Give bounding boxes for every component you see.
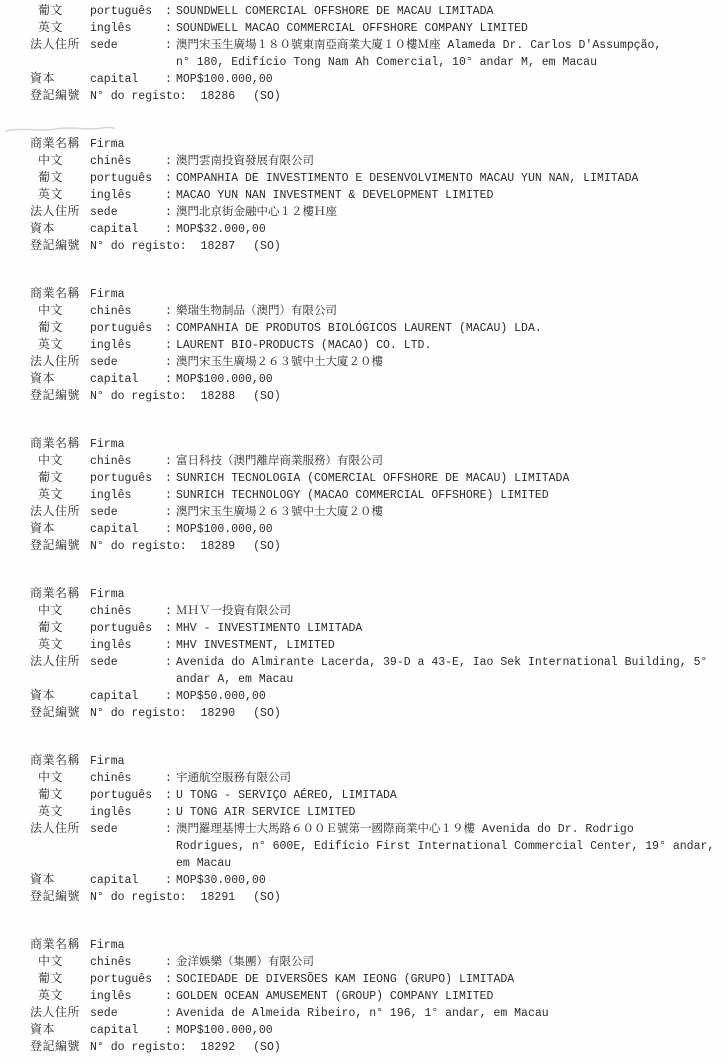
label-zh-capital: 資本	[30, 521, 90, 538]
value-registration-suffix: (SO)	[253, 88, 281, 105]
label-zh-chinese: 中文	[38, 770, 90, 787]
label-pt-registo: N° do registo:	[90, 388, 187, 405]
label-zh-capital: 資本	[30, 872, 90, 889]
label-pt-registo: N° do registo:	[90, 538, 187, 555]
label-pt-english: inglês	[90, 487, 165, 504]
row-chinese-name: 中文 chinês : 宇通航空服務有限公司	[0, 770, 728, 787]
scan-smudge-artifact	[4, 124, 116, 134]
colon-separator: :	[165, 320, 176, 337]
registry-entry: 商業名稱 Firma 中文 chinês : 富日科技（澳門離岸商業服務）有限公…	[0, 436, 728, 555]
label-pt-chinese: chinês	[90, 303, 165, 320]
colon-separator: :	[165, 821, 176, 838]
colon-separator: :	[165, 337, 176, 354]
label-zh-capital: 資本	[30, 221, 90, 238]
value-registration-suffix: (SO)	[253, 1039, 281, 1056]
label-pt-portuguese: português	[90, 470, 165, 487]
registry-entry: 商業名稱 Firma 中文 chinês : 澳門雲南投資發展有限公司 葡文 p…	[0, 136, 728, 255]
colon-separator: :	[165, 153, 176, 170]
row-firma-header: 商業名稱 Firma	[0, 753, 728, 770]
row-portuguese-name: 葡文 português : SUNRICH TECNOLOGIA (COMER…	[0, 470, 728, 487]
label-pt-sede: sede	[90, 1005, 165, 1022]
label-zh-sede: 法人住所	[30, 37, 90, 54]
label-pt-chinese: chinês	[90, 453, 165, 470]
row-capital: 資本 capital : MOP$32.000,00	[0, 221, 728, 238]
value-registration-suffix: (SO)	[253, 538, 281, 555]
label-zh-firma: 商業名稱	[30, 436, 90, 453]
label-pt-portuguese: português	[90, 170, 165, 187]
row-portuguese-name: 葡文 português : COMPANHIA DE PRODUTOS BIO…	[0, 320, 728, 337]
value-registration-number: 18290	[201, 705, 236, 722]
label-pt-english: inglês	[90, 988, 165, 1005]
value-capital: MOP$100.000,00	[176, 71, 728, 88]
label-pt-english: inglês	[90, 187, 165, 204]
value-capital: MOP$50.000,00	[176, 688, 728, 705]
label-zh-portuguese: 葡文	[38, 971, 90, 988]
label-zh-english: 英文	[38, 637, 90, 654]
row-registration-number: 登記編號 N° do registo: 18289 (SO)	[0, 538, 728, 555]
colon-separator: :	[165, 504, 176, 521]
label-pt-chinese: chinês	[90, 603, 165, 620]
label-pt-chinese: chinês	[90, 770, 165, 787]
colon-separator: :	[165, 354, 176, 371]
label-pt-sede: sede	[90, 504, 165, 521]
label-pt-portuguese: português	[90, 971, 165, 988]
label-zh-portuguese: 葡文	[38, 470, 90, 487]
row-chinese-name: 中文 chinês : 澳門雲南投資發展有限公司	[0, 153, 728, 170]
label-zh-registo: 登記編號	[30, 388, 90, 405]
value-chinese-name: 金洋娛樂（集團）有限公司	[176, 954, 728, 971]
row-registration-number: 登記編號 N° do registo: 18287 (SO)	[0, 238, 728, 255]
label-zh-english: 英文	[38, 337, 90, 354]
label-zh-portuguese: 葡文	[38, 170, 90, 187]
label-zh-chinese: 中文	[38, 453, 90, 470]
value-registration-suffix: (SO)	[253, 889, 281, 906]
value-chinese-name: 澳門雲南投資發展有限公司	[176, 153, 728, 170]
label-pt-firma: Firma	[90, 586, 165, 603]
label-pt-firma: Firma	[90, 436, 165, 453]
label-zh-chinese: 中文	[38, 954, 90, 971]
colon-separator: :	[165, 637, 176, 654]
label-zh-sede: 法人住所	[30, 354, 90, 371]
row-registered-office: 法人住所 sede : 澳門羅理基博士大馬路６００Ｅ號第一國際商業中心１９樓 A…	[0, 821, 728, 872]
value-registration-number: 18289	[201, 538, 236, 555]
value-english-name: MHV INVESTMENT, LIMITED	[176, 637, 728, 654]
label-pt-portuguese: português	[90, 787, 165, 804]
label-pt-english: inglês	[90, 637, 165, 654]
label-zh-registo: 登記編號	[30, 88, 90, 105]
value-registration-suffix: (SO)	[253, 388, 281, 405]
row-english-name: 英文 inglês : LAURENT BIO-PRODUCTS (MACAO)…	[0, 337, 728, 354]
row-portuguese-name: 葡文 português : MHV - INVESTIMENTO LIMITA…	[0, 620, 728, 637]
value-registration-suffix: (SO)	[253, 705, 281, 722]
value-portuguese-name: MHV - INVESTIMENTO LIMITADA	[176, 620, 728, 637]
row-capital: 資本 capital : MOP$100.000,00	[0, 371, 728, 388]
row-portuguese-name: 葡文 português : U TONG - SERVIÇO AÉREO, L…	[0, 787, 728, 804]
value-registration-number: 18291	[201, 889, 236, 906]
label-zh-registo: 登記編號	[30, 1039, 90, 1056]
registry-entry: 葡文 português : SOUNDWELL COMERCIAL OFFSH…	[0, 3, 728, 105]
label-zh-english: 英文	[38, 804, 90, 821]
label-pt-chinese: chinês	[90, 954, 165, 971]
label-zh-sede: 法人住所	[30, 654, 90, 671]
value-english-name: MACAO YUN NAN INVESTMENT & DEVELOPMENT L…	[176, 187, 728, 204]
colon-separator: :	[165, 654, 176, 671]
row-registered-office: 法人住所 sede : Avenida do Almirante Lacerda…	[0, 654, 728, 688]
row-registration-number: 登記編號 N° do registo: 18292 (SO)	[0, 1039, 728, 1056]
label-pt-capital: capital	[90, 371, 165, 388]
registry-entry: 商業名稱 Firma 中文 chinês : 金洋娛樂（集團）有限公司 葡文 p…	[0, 937, 728, 1056]
row-firma-header: 商業名稱 Firma	[0, 286, 728, 303]
label-zh-firma: 商業名稱	[30, 937, 90, 954]
label-zh-capital: 資本	[30, 71, 90, 88]
row-english-name: 英文 inglês : MACAO YUN NAN INVESTMENT & D…	[0, 187, 728, 204]
label-zh-sede: 法人住所	[30, 504, 90, 521]
label-zh-registo: 登記編號	[30, 238, 90, 255]
label-zh-sede: 法人住所	[30, 204, 90, 221]
value-portuguese-name: COMPANHIA DE PRODUTOS BIOLÓGICOS LAURENT…	[176, 320, 728, 337]
colon-separator: :	[165, 453, 176, 470]
label-zh-firma: 商業名稱	[30, 286, 90, 303]
label-zh-firma: 商業名稱	[30, 136, 90, 153]
row-registered-office: 法人住所 sede : Avenida de Almeida Ribeiro, …	[0, 1005, 728, 1022]
colon-separator: :	[165, 620, 176, 637]
colon-separator: :	[165, 971, 176, 988]
value-portuguese-name: COMPANHIA DE INVESTIMENTO E DESENVOLVIME…	[176, 170, 728, 187]
label-zh-sede: 法人住所	[30, 821, 90, 838]
value-registered-office: 澳門宋玉生廣場２６３號中土大廈２０樓	[176, 354, 728, 371]
label-pt-registo: N° do registo:	[90, 1039, 187, 1056]
label-pt-registo: N° do registo:	[90, 889, 187, 906]
label-pt-portuguese: português	[90, 3, 165, 20]
label-zh-english: 英文	[38, 988, 90, 1005]
value-registration-number: 18292	[201, 1039, 236, 1056]
value-registered-office: 澳門宋玉生廣場１８０號東南亞商業大廈１０樓Ｍ座 Alameda Dr. Carl…	[176, 37, 728, 71]
row-firma-header: 商業名稱 Firma	[0, 136, 728, 153]
row-capital: 資本 capital : MOP$100.000,00	[0, 521, 728, 538]
row-capital: 資本 capital : MOP$50.000,00	[0, 688, 728, 705]
value-chinese-name: 宇通航空服務有限公司	[176, 770, 728, 787]
row-english-name: 英文 inglês : SOUNDWELL MACAO COMMERCIAL O…	[0, 20, 728, 37]
registry-entry: 商業名稱 Firma 中文 chinês : 樂瑞生物制品（澳門）有限公司 葡文…	[0, 286, 728, 405]
colon-separator: :	[165, 688, 176, 705]
colon-separator: :	[165, 1022, 176, 1039]
value-registration-number: 18288	[201, 388, 236, 405]
colon-separator: :	[165, 170, 176, 187]
colon-separator: :	[165, 20, 176, 37]
row-portuguese-name: 葡文 português : SOCIEDADE DE DIVERSÕES KA…	[0, 971, 728, 988]
colon-separator: :	[165, 37, 176, 54]
row-registration-number: 登記編號 N° do registo: 18291 (SO)	[0, 889, 728, 906]
label-pt-sede: sede	[90, 37, 165, 54]
label-pt-portuguese: português	[90, 620, 165, 637]
row-chinese-name: 中文 chinês : 樂瑞生物制品（澳門）有限公司	[0, 303, 728, 320]
label-pt-sede: sede	[90, 354, 165, 371]
value-portuguese-name: SOUNDWELL COMERCIAL OFFSHORE DE MACAU LI…	[176, 3, 728, 20]
value-registration-number: 18287	[201, 238, 236, 255]
value-registered-office: 澳門羅理基博士大馬路６００Ｅ號第一國際商業中心１９樓 Avenida do Dr…	[176, 821, 728, 872]
label-zh-english: 英文	[38, 20, 90, 37]
label-pt-english: inglês	[90, 337, 165, 354]
label-zh-portuguese: 葡文	[38, 620, 90, 637]
colon-separator: :	[165, 872, 176, 889]
label-pt-capital: capital	[90, 71, 165, 88]
colon-separator: :	[165, 487, 176, 504]
label-pt-english: inglês	[90, 804, 165, 821]
label-zh-registo: 登記編號	[30, 538, 90, 555]
value-registered-office: Avenida do Almirante Lacerda, 39-D a 43-…	[176, 654, 728, 688]
label-pt-sede: sede	[90, 204, 165, 221]
colon-separator: :	[165, 770, 176, 787]
colon-separator: :	[165, 3, 176, 20]
row-chinese-name: 中文 chinês : 富日科技（澳門離岸商業服務）有限公司	[0, 453, 728, 470]
row-registered-office: 法人住所 sede : 澳門宋玉生廣場２６３號中土大廈２０樓	[0, 354, 728, 371]
row-portuguese-name: 葡文 português : SOUNDWELL COMERCIAL OFFSH…	[0, 3, 728, 20]
label-pt-portuguese: português	[90, 320, 165, 337]
colon-separator: :	[165, 371, 176, 388]
row-firma-header: 商業名稱 Firma	[0, 586, 728, 603]
label-zh-firma: 商業名稱	[30, 753, 90, 770]
colon-separator: :	[165, 787, 176, 804]
value-registered-office: 澳門北京街金融中心１２樓Ｈ座	[176, 204, 728, 221]
label-pt-registo: N° do registo:	[90, 238, 187, 255]
row-portuguese-name: 葡文 português : COMPANHIA DE INVESTIMENTO…	[0, 170, 728, 187]
label-pt-sede: sede	[90, 654, 165, 671]
colon-separator: :	[165, 303, 176, 320]
row-firma-header: 商業名稱 Firma	[0, 937, 728, 954]
row-firma-header: 商業名稱 Firma	[0, 436, 728, 453]
value-english-name: SOUNDWELL MACAO COMMERCIAL OFFSHORE COMP…	[176, 20, 728, 37]
colon-separator: :	[165, 521, 176, 538]
label-zh-sede: 法人住所	[30, 1005, 90, 1022]
address-line: 澳門宋玉生廣場１８０號東南亞商業大廈１０樓Ｍ座 Alameda Dr. Carl…	[176, 37, 728, 54]
value-portuguese-name: SUNRICH TECNOLOGIA (COMERCIAL OFFSHORE D…	[176, 470, 728, 487]
label-zh-firma: 商業名稱	[30, 586, 90, 603]
label-zh-english: 英文	[38, 187, 90, 204]
value-chinese-name: 富日科技（澳門離岸商業服務）有限公司	[176, 453, 728, 470]
value-english-name: LAURENT BIO-PRODUCTS (MACAO) CO. LTD.	[176, 337, 728, 354]
address-line: em Macau	[176, 855, 728, 872]
label-pt-firma: Firma	[90, 753, 165, 770]
label-zh-capital: 資本	[30, 688, 90, 705]
row-registration-number: 登記編號 N° do registo: 18290 (SO)	[0, 705, 728, 722]
row-english-name: 英文 inglês : MHV INVESTMENT, LIMITED	[0, 637, 728, 654]
value-english-name: U TONG AIR SERVICE LIMITED	[176, 804, 728, 821]
row-english-name: 英文 inglês : GOLDEN OCEAN AMUSEMENT (GROU…	[0, 988, 728, 1005]
value-registration-number: 18286	[201, 88, 236, 105]
label-zh-english: 英文	[38, 487, 90, 504]
label-pt-capital: capital	[90, 221, 165, 238]
address-line: Avenida de Almeida Ribeiro, n° 196, 1° a…	[176, 1005, 728, 1022]
label-pt-sede: sede	[90, 821, 165, 838]
row-english-name: 英文 inglês : U TONG AIR SERVICE LIMITED	[0, 804, 728, 821]
colon-separator: :	[165, 988, 176, 1005]
value-registered-office: Avenida de Almeida Ribeiro, n° 196, 1° a…	[176, 1005, 728, 1022]
address-line: 澳門羅理基博士大馬路６００Ｅ號第一國際商業中心１９樓 Avenida do Dr…	[176, 821, 728, 838]
label-pt-firma: Firma	[90, 136, 165, 153]
row-chinese-name: 中文 chinês : ＭＨＶ一投資有限公司	[0, 603, 728, 620]
label-zh-portuguese: 葡文	[38, 787, 90, 804]
colon-separator: :	[165, 204, 176, 221]
row-registered-office: 法人住所 sede : 澳門宋玉生廣場１８０號東南亞商業大廈１０樓Ｍ座 Alam…	[0, 37, 728, 71]
label-zh-capital: 資本	[30, 1022, 90, 1039]
address-line: n° 180, Edifício Tong Nam Ah Comercial, …	[176, 54, 728, 71]
colon-separator: :	[165, 804, 176, 821]
address-line: 澳門宋玉生廣場２６３號中土大廈２０樓	[176, 504, 728, 521]
row-registration-number: 登記編號 N° do registo: 18286 (SO)	[0, 88, 728, 105]
label-pt-capital: capital	[90, 688, 165, 705]
row-chinese-name: 中文 chinês : 金洋娛樂（集團）有限公司	[0, 954, 728, 971]
colon-separator: :	[165, 470, 176, 487]
label-zh-chinese: 中文	[38, 603, 90, 620]
colon-separator: :	[165, 221, 176, 238]
registry-entry: 商業名稱 Firma 中文 chinês : ＭＨＶ一投資有限公司 葡文 por…	[0, 586, 728, 722]
colon-separator: :	[165, 71, 176, 88]
colon-separator: :	[165, 603, 176, 620]
label-zh-registo: 登記編號	[30, 889, 90, 906]
colon-separator: :	[165, 187, 176, 204]
gazette-registry-page: 葡文 português : SOUNDWELL COMERCIAL OFFSH…	[0, 0, 728, 1061]
label-zh-portuguese: 葡文	[38, 320, 90, 337]
label-zh-capital: 資本	[30, 371, 90, 388]
label-pt-capital: capital	[90, 1022, 165, 1039]
label-zh-chinese: 中文	[38, 303, 90, 320]
value-english-name: SUNRICH TECHNOLOGY (MACAO COMMERCIAL OFF…	[176, 487, 728, 504]
label-pt-registo: N° do registo:	[90, 705, 187, 722]
address-line: Rodrigues, n° 600E, Edifício First Inter…	[176, 838, 728, 855]
row-capital: 資本 capital : MOP$100.000,00	[0, 71, 728, 88]
label-pt-english: inglês	[90, 20, 165, 37]
value-english-name: GOLDEN OCEAN AMUSEMENT (GROUP) COMPANY L…	[176, 988, 728, 1005]
colon-separator: :	[165, 954, 176, 971]
registry-entry: 商業名稱 Firma 中文 chinês : 宇通航空服務有限公司 葡文 por…	[0, 753, 728, 906]
label-zh-chinese: 中文	[38, 153, 90, 170]
value-capital: MOP$30.000,00	[176, 872, 728, 889]
label-pt-registo: N° do registo:	[90, 88, 187, 105]
value-capital: MOP$100.000,00	[176, 371, 728, 388]
row-capital: 資本 capital : MOP$100.000,00	[0, 1022, 728, 1039]
label-zh-registo: 登記編號	[30, 705, 90, 722]
value-registered-office: 澳門宋玉生廣場２６３號中土大廈２０樓	[176, 504, 728, 521]
row-registered-office: 法人住所 sede : 澳門北京街金融中心１２樓Ｈ座	[0, 204, 728, 221]
value-portuguese-name: U TONG - SERVIÇO AÉREO, LIMITADA	[176, 787, 728, 804]
address-line: Avenida do Almirante Lacerda, 39-D a 43-…	[176, 654, 728, 671]
row-registered-office: 法人住所 sede : 澳門宋玉生廣場２６３號中土大廈２０樓	[0, 504, 728, 521]
label-pt-capital: capital	[90, 872, 165, 889]
value-capital: MOP$100.000,00	[176, 1022, 728, 1039]
value-capital: MOP$32.000,00	[176, 221, 728, 238]
row-english-name: 英文 inglês : SUNRICH TECHNOLOGY (MACAO CO…	[0, 487, 728, 504]
address-line: 澳門北京街金融中心１２樓Ｈ座	[176, 204, 728, 221]
address-line: andar A, em Macau	[176, 671, 728, 688]
row-registration-number: 登記編號 N° do registo: 18288 (SO)	[0, 388, 728, 405]
row-capital: 資本 capital : MOP$30.000,00	[0, 872, 728, 889]
label-pt-capital: capital	[90, 521, 165, 538]
label-pt-chinese: chinês	[90, 153, 165, 170]
label-zh-portuguese: 葡文	[38, 3, 90, 20]
label-pt-firma: Firma	[90, 286, 165, 303]
value-portuguese-name: SOCIEDADE DE DIVERSÕES KAM IEONG (GRUPO)…	[176, 971, 728, 988]
label-pt-firma: Firma	[90, 937, 165, 954]
value-chinese-name: ＭＨＶ一投資有限公司	[176, 603, 728, 620]
value-chinese-name: 樂瑞生物制品（澳門）有限公司	[176, 303, 728, 320]
value-registration-suffix: (SO)	[253, 238, 281, 255]
colon-separator: :	[165, 1005, 176, 1022]
value-capital: MOP$100.000,00	[176, 521, 728, 538]
address-line: 澳門宋玉生廣場２６３號中土大廈２０樓	[176, 354, 728, 371]
